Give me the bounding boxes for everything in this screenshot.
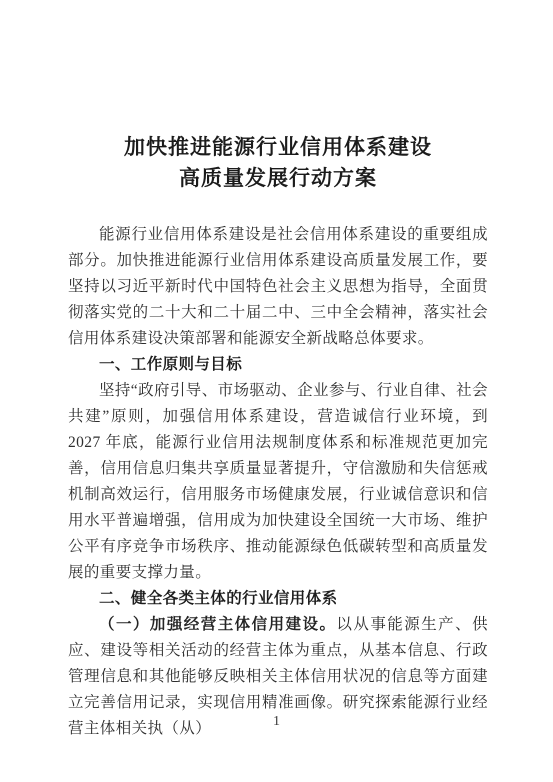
section-2-heading: 二、健全各类主体的行业信用体系	[68, 586, 488, 612]
section-1-heading: 一、工作原则与目标	[68, 352, 488, 378]
document-title-line-1: 加快推进能源行业信用体系建设	[68, 132, 488, 163]
item-1-lead: （一）加强经营主体信用建设。	[99, 616, 336, 633]
document-title: 加快推进能源行业信用体系建设 高质量发展行动方案	[68, 132, 488, 194]
page-number: 1	[0, 714, 553, 730]
document-body: 能源行业信用体系建设是社会信用体系建设的重要组成部分。加快推进能源行业信用体系建…	[68, 222, 488, 742]
intro-paragraph: 能源行业信用体系建设是社会信用体系建设的重要组成部分。加快推进能源行业信用体系建…	[68, 222, 488, 352]
document-page: 加快推进能源行业信用体系建设 高质量发展行动方案 能源行业信用体系建设是社会信用…	[0, 0, 553, 782]
document-content: 加快推进能源行业信用体系建设 高质量发展行动方案 能源行业信用体系建设是社会信用…	[0, 0, 553, 742]
document-title-line-2: 高质量发展行动方案	[68, 163, 488, 194]
section-1-paragraph: 坚持“政府引导、市场驱动、企业参与、行业自律、社会共建”原则，加强信用体系建设，…	[68, 378, 488, 586]
